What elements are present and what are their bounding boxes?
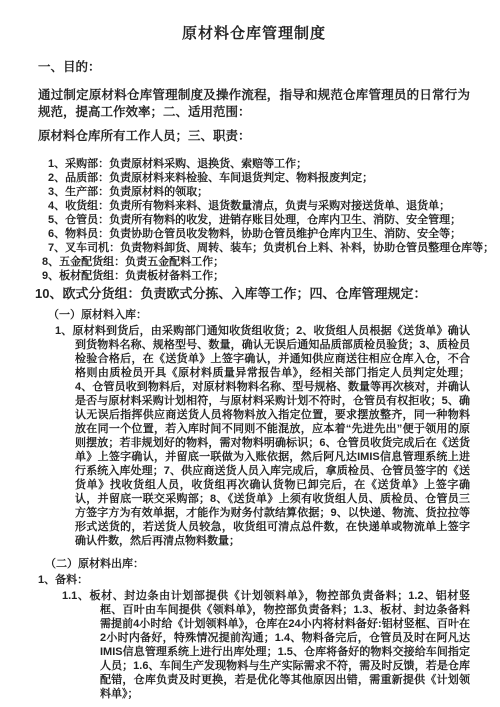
duty-item-2: 2、品质部：负责原材料来料检验、车间退货判定、物料报废判定； [38, 171, 470, 185]
document-page: 原材料仓库管理制度 一、目的： 通过制定原材料仓库管理制度及操作流程，指导和规范… [0, 0, 500, 707]
duty-item-9: 9、板材配货组：负责板材备料工作； [38, 269, 470, 283]
duty-item-8: 8、五金配货组：负责五金配料工作； [38, 255, 470, 269]
duty-item-7: 7、叉车司机：负责物料卸货、周转、装车；负责机台上料、补料，协助仓管员整理仓库等… [38, 241, 470, 255]
duty-item-3: 3、生产部：负责原材料的领取； [38, 185, 470, 199]
purpose-paragraph: 通过制定原材料仓库管理制度及操作流程，指导和规范仓库管理员的日常行为规范，提高工… [38, 87, 470, 121]
heading-material-prep: 1、备料： [38, 573, 470, 587]
heading-scope: 原材料仓库所有工作人员；三、职责： [38, 128, 470, 145]
heading-purpose: 一、目的： [38, 59, 470, 76]
document-title: 原材料仓库管理制度 [38, 22, 470, 43]
outbound-paragraph: 1.1、板材、封边条由计划部提供《计划领料单》，物控部负责备料；1.2、铝材竖框… [38, 589, 470, 701]
duty-item-5: 5、仓管员：负责所有物料的收发，进销存账目处理，仓库内卫生、消防、安全管理； [38, 213, 470, 227]
heading-inbound: （一）原材料入库： [38, 308, 470, 322]
duty-item-6: 6、物料员：负责协助仓管员收发物料，协助仓管员维护仓库内卫生、消防、安全等； [38, 227, 470, 241]
inbound-paragraph: 1、原材料到货后，由采购部门通知收货组收货；2、收货组人员根据《送货单》确认到货… [38, 324, 470, 548]
duties-list: 1、采购部：负责原材料采购、退换货、索赔等工作； 2、品质部：负责原材料来料检验… [38, 157, 470, 283]
heading-outbound: （二）原材料出库： [38, 557, 470, 571]
duty-item-10-and-section-4-heading: 10、欧式分货组：负责欧式分拣、入库等工作；四、仓库管理规定： [35, 286, 470, 302]
duty-item-4: 4、收货组：负责所有物料来料、退货数量清点，负责与采购对接送货单、退货单； [38, 199, 470, 213]
duty-item-1: 1、采购部：负责原材料采购、退换货、索赔等工作； [38, 157, 470, 171]
